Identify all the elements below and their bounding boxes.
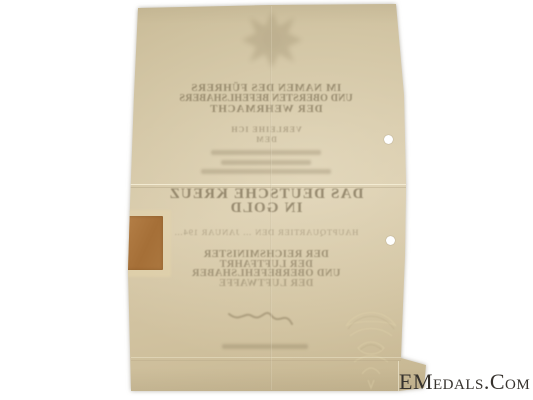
signature-bleed — [225, 306, 295, 332]
illegible-recipient-line-1 — [211, 150, 321, 155]
mirrored-date-line: HAUPTQUARTIER DEN … JANUAR 194… — [166, 227, 366, 237]
vertical-fold-crease — [270, 6, 272, 390]
award-document-paper: IM NAMEN DES FÜHRERS UND OBERSTEN BEFEHL… — [0, 0, 533, 400]
mirrored-grant-line-1: VERLEIHE ICH — [166, 125, 366, 134]
illegible-recipient-line-2 — [221, 160, 311, 165]
mirrored-award-title-line-2: IN GOLD — [166, 200, 366, 217]
mirrored-signatory-line-4: DER LUFTWAFFE — [166, 278, 366, 289]
horizontal-fold-crease — [130, 184, 406, 188]
tape-repair — [127, 216, 163, 270]
mirrored-header-line-3: DER WEHRMACHT — [166, 103, 366, 115]
lower-fold-crease — [131, 357, 401, 361]
illegible-footer-line — [222, 344, 308, 349]
mirrored-grant-line-2: DEM — [166, 135, 366, 144]
punch-hole-bottom — [386, 236, 395, 245]
emedals-watermark: EMedals.Com — [399, 371, 530, 393]
embossed-seal-eagle — [338, 296, 404, 392]
illegible-recipient-line-3 — [201, 169, 331, 174]
mirrored-bleed-text-layer: IM NAMEN DES FÜHRERS UND OBERSTEN BEFEHL… — [166, 0, 366, 400]
document-shadow: IM NAMEN DES FÜHRERS UND OBERSTEN BEFEHL… — [0, 0, 533, 400]
photo-background: IM NAMEN DES FÜHRERS UND OBERSTEN BEFEHL… — [0, 0, 533, 400]
punch-hole-top — [384, 135, 393, 144]
